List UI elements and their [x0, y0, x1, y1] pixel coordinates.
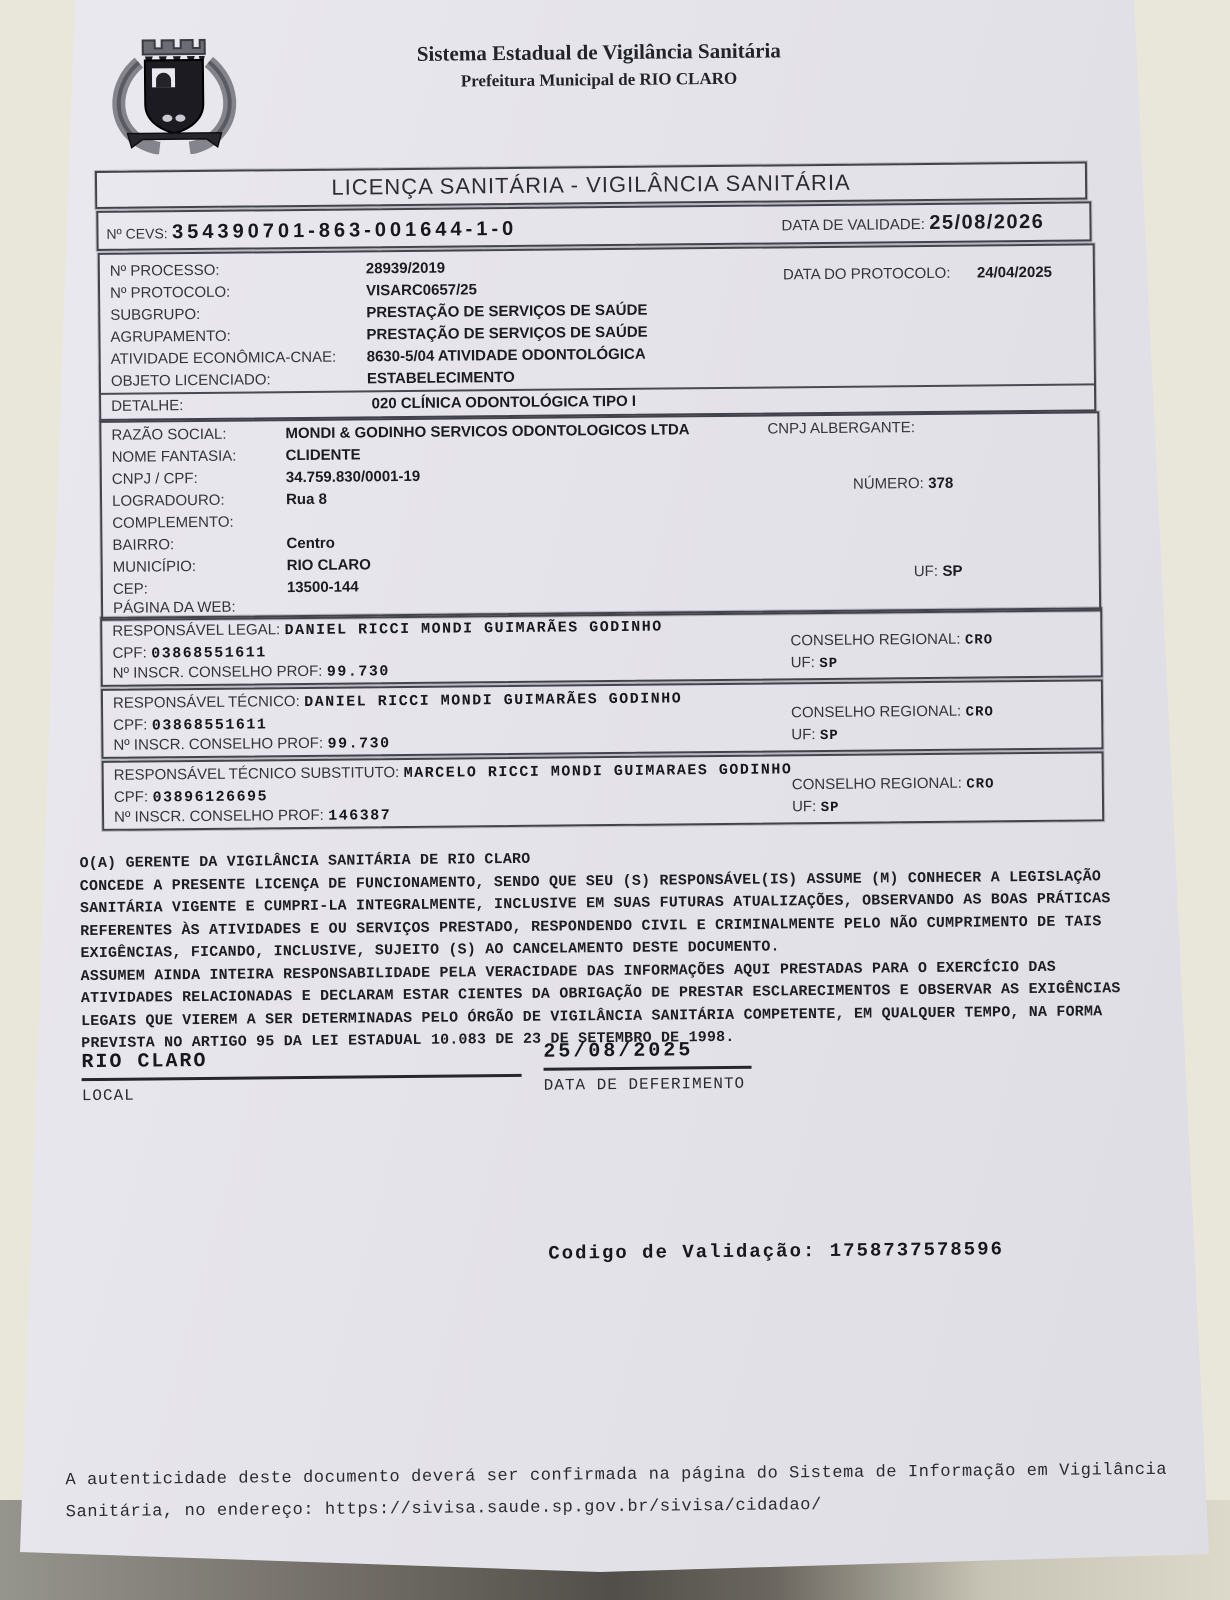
establishment-row: MUNICÍPIO:RIO CLARO: [113, 556, 371, 576]
responsible-name: DANIEL RICCI MONDI GUIMARÃES GODINHO: [304, 690, 682, 711]
document-paper: Sistema Estadual de Vigilância Sanitária…: [0, 0, 1230, 1600]
responsible-name: DANIEL RICCI MONDI GUIMARÃES GODINHO: [285, 619, 663, 640]
validation-code-label: Codigo de Validação:: [548, 1240, 816, 1265]
cevs-section: Nº CEVS: 354390701-863-001644-1-0 DATA D…: [96, 201, 1091, 251]
process-row: Nº PROCESSO:28939/2019: [110, 260, 445, 281]
establishment-section: RAZÃO SOCIAL:MONDI & GODINHO SERVICOS OD…: [99, 411, 1101, 621]
cevs-number: Nº CEVS: 354390701-863-001644-1-0: [106, 218, 517, 245]
protocol-date-value: 24/04/2025: [977, 264, 1052, 282]
numero-field: NÚMERO: 378: [853, 475, 953, 494]
validity-date-label: DATA DE VALIDADE:: [781, 216, 925, 234]
responsible-legal-section: RESPONSÁVEL LEGAL: DANIEL RICCI MONDI GU…: [100, 607, 1103, 687]
process-info-section: Nº PROCESSO:28939/2019 Nº PROTOCOLO:VISA…: [98, 243, 1097, 421]
establishment-row: LOGRADOURO:Rua 8: [112, 491, 327, 511]
validation-code: Codigo de Validação: 1758737578596: [548, 1238, 1004, 1264]
signature-local: RIO CLARO LOCAL: [81, 1047, 521, 1105]
responsible-technical-substitute-section: RESPONSÁVEL TÉCNICO SUBSTITUTO: MARCELO …: [102, 751, 1105, 831]
cevs-number-label: Nº CEVS:: [106, 225, 167, 242]
responsible-name: MARCELO RICCI MONDI GUIMARAES GODINHO: [404, 761, 793, 782]
detail-value: 020 CLÍNICA ODONTOLÓGICA TIPO I: [372, 393, 637, 413]
org-name: Sistema Estadual de Vigilância Sanitária: [299, 37, 899, 68]
municipality-name: Prefeitura Municipal de RIO CLARO: [299, 67, 899, 93]
signature-local-label: LOCAL: [82, 1083, 522, 1105]
process-row: AGRUPAMENTO:PRESTAÇÃO DE SERVIÇOS DE SAÚ…: [110, 324, 647, 347]
validity-date: DATA DE VALIDADE: 25/08/2026: [781, 211, 1044, 237]
process-row: ATIVIDADE ECONÔMICA-CNAE:8630-5/04 ATIVI…: [111, 346, 646, 369]
responsible-technical-section: RESPONSÁVEL TÉCNICO: DANIEL RICCI MONDI …: [101, 679, 1104, 759]
signature-date-label: DATA DE DEFERIMENTO: [544, 1075, 752, 1095]
authenticity-note: A autenticidade deste documento deverá s…: [65, 1455, 1191, 1530]
cevs-number-value: 354390701-863-001644-1-0: [172, 218, 517, 243]
signature-date-value: 25/08/2025: [543, 1039, 751, 1071]
validity-date-value: 25/08/2026: [929, 211, 1044, 234]
detail-row: DETALHE: 020 CLÍNICA ODONTOLÓGICA TIPO I: [111, 393, 636, 416]
cnpj-albergante-label: CNPJ ALBERGANTE:: [767, 419, 915, 437]
protocol-date-label: DATA DO PROTOCOLO:: [783, 265, 951, 284]
protocol-date: DATA DO PROTOCOLO: 24/04/2025: [783, 264, 1052, 285]
establishment-row: CEP:13500-144: [113, 578, 359, 598]
establishment-row: BAIRRO:Centro: [112, 535, 335, 555]
uf-field: UF: SP: [914, 563, 963, 581]
establishment-row: CNPJ / CPF:34.759.830/0001-19: [112, 468, 420, 489]
process-row: SUBGRUPO:PRESTAÇÃO DE SERVIÇOS DE SAÚDE: [110, 302, 647, 325]
legal-text: O(A) GERENTE DA VIGILÂNCIA SANITÁRIA DE …: [79, 843, 1151, 1056]
process-row: Nº PROTOCOLO:VISARC0657/25: [110, 281, 477, 303]
establishment-row: NOME FANTASIA:CLIDENTE: [112, 446, 361, 466]
validation-code-value: 1758737578596: [830, 1238, 1004, 1262]
process-row: OBJETO LICENCIADO:ESTABELECIMENTO: [111, 369, 515, 391]
license-title-bar: LICENÇA SANITÁRIA - VIGILÂNCIA SANITÁRIA: [95, 161, 1087, 209]
establishment-row: COMPLEMENTO:: [112, 513, 286, 533]
coat-of-arms-icon: [99, 29, 250, 154]
document-content: Sistema Estadual de Vigilância Sanitária…: [0, 0, 1230, 1600]
signature-local-value: RIO CLARO: [81, 1047, 521, 1081]
license-title: LICENÇA SANITÁRIA - VIGILÂNCIA SANITÁRIA: [331, 170, 850, 201]
signature-date: 25/08/2025 DATA DE DEFERIMENTO: [543, 1039, 752, 1095]
detail-label: DETALHE:: [111, 395, 367, 414]
establishment-row: RAZÃO SOCIAL:MONDI & GODINHO SERVICOS OD…: [111, 421, 689, 445]
